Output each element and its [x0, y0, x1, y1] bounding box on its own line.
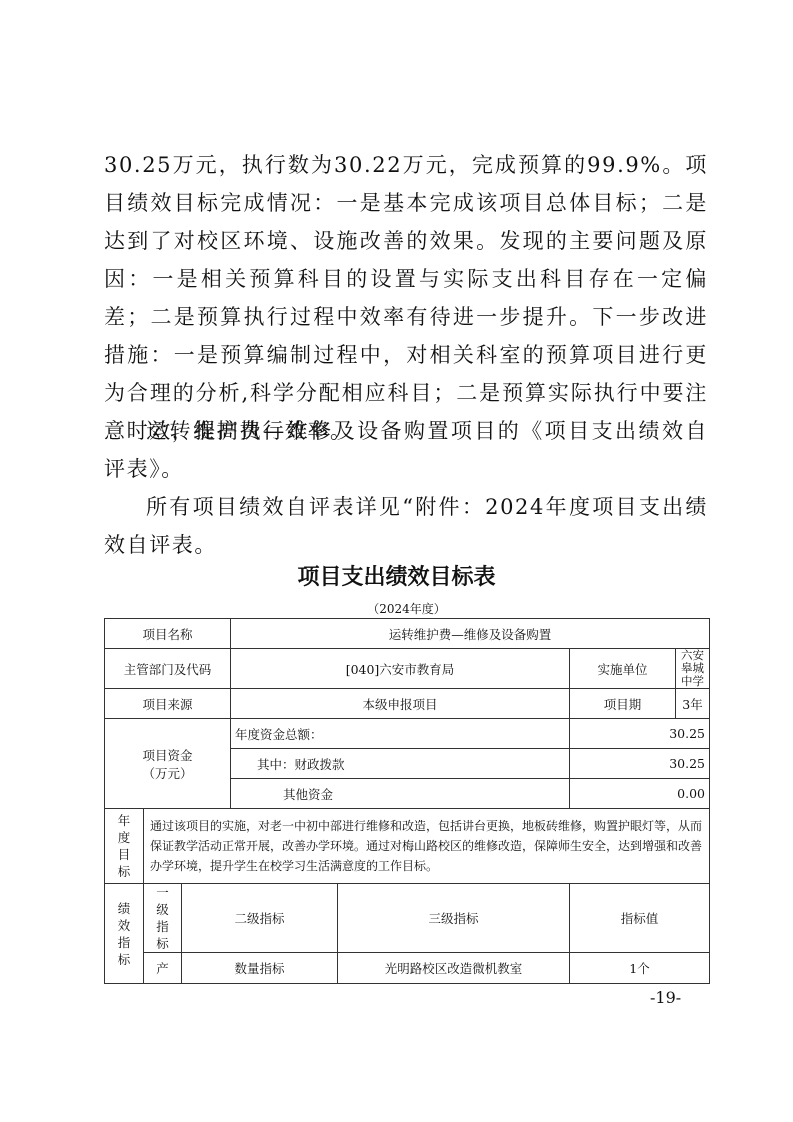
table-row: 绩效指标 一级指标 二级指标 三级指标 指标值 [105, 884, 710, 953]
header-level2: 二级指标 [182, 884, 338, 953]
funds-unit: （万元） [109, 764, 226, 782]
page-number: -19- [650, 988, 681, 1007]
project-name-label: 项目名称 [105, 619, 231, 649]
annual-goal-label: 年度目标 [105, 809, 144, 884]
performance-target-table: 项目名称 运转维护费—维修及设备购置 主管部门及代码 [040]六安市教育局 实… [104, 618, 710, 984]
body-paragraph-2: 运转维护费—维修及设备购置项目的《项目支出绩效自评表》。 [104, 412, 708, 488]
project-name-value: 运转维护费—维修及设备购置 [231, 619, 710, 649]
body-paragraph-3: 所有项目绩效自评表详见“附件：2024年度项目支出绩效自评表。 [104, 488, 708, 564]
table-row: 项目名称 运转维护费—维修及设备购置 [105, 619, 710, 649]
table-row: 项目来源 本级申报项目 项目期 3年 [105, 689, 710, 719]
funds-label: 项目资金 [109, 746, 226, 764]
funds-label-cell: 项目资金 （万元） [105, 719, 231, 809]
fund-total-value: 30.25 [570, 719, 710, 749]
dept-label: 主管部门及代码 [105, 649, 231, 689]
header-value: 指标值 [570, 884, 710, 953]
table-row: 主管部门及代码 [040]六安市教育局 实施单位 六安皋城中学 [105, 649, 710, 689]
row-level3: 光明路校区改造微机教室 [338, 953, 570, 984]
source-value: 本级申报项目 [231, 689, 570, 719]
fund-fiscal-label: 其中：财政拨款 [231, 749, 570, 779]
header-level1: 一级指标 [144, 884, 182, 953]
row-value: 1个 [570, 953, 710, 984]
header-level3: 三级指标 [338, 884, 570, 953]
impl-unit-label: 实施单位 [570, 649, 676, 689]
impl-unit-value: 六安皋城中学 [676, 649, 710, 689]
body-paragraph-1: 30.25万元，执行数为30.22万元，完成预算的99.9%。项目绩效目标完成情… [104, 146, 708, 450]
table-subtitle: （2024年度） [0, 600, 793, 617]
period-label: 项目期 [570, 689, 676, 719]
fund-other-label: 其他资金 [231, 779, 570, 809]
fund-fiscal-value: 30.25 [570, 749, 710, 779]
row-level2: 数量指标 [182, 953, 338, 984]
table-title: 项目支出绩效目标表 [0, 560, 793, 591]
period-value: 3年 [676, 689, 710, 719]
fund-total-label: 年度资金总额： [231, 719, 570, 749]
dept-value: [040]六安市教育局 [231, 649, 570, 689]
table-row: 产 数量指标 光明路校区改造微机教室 1个 [105, 953, 710, 984]
row-level1: 产 [144, 953, 182, 984]
indicators-label: 绩效指标 [105, 884, 144, 984]
source-label: 项目来源 [105, 689, 231, 719]
table-row: 项目资金 （万元） 年度资金总额： 30.25 [105, 719, 710, 749]
annual-goal-text: 通过该项目的实施，对老一中初中部进行维修和改造，包括讲台更换，地板砖维修，购置护… [144, 809, 710, 884]
fund-other-value: 0.00 [570, 779, 710, 809]
table-row: 年度目标 通过该项目的实施，对老一中初中部进行维修和改造，包括讲台更换，地板砖维… [105, 809, 710, 884]
